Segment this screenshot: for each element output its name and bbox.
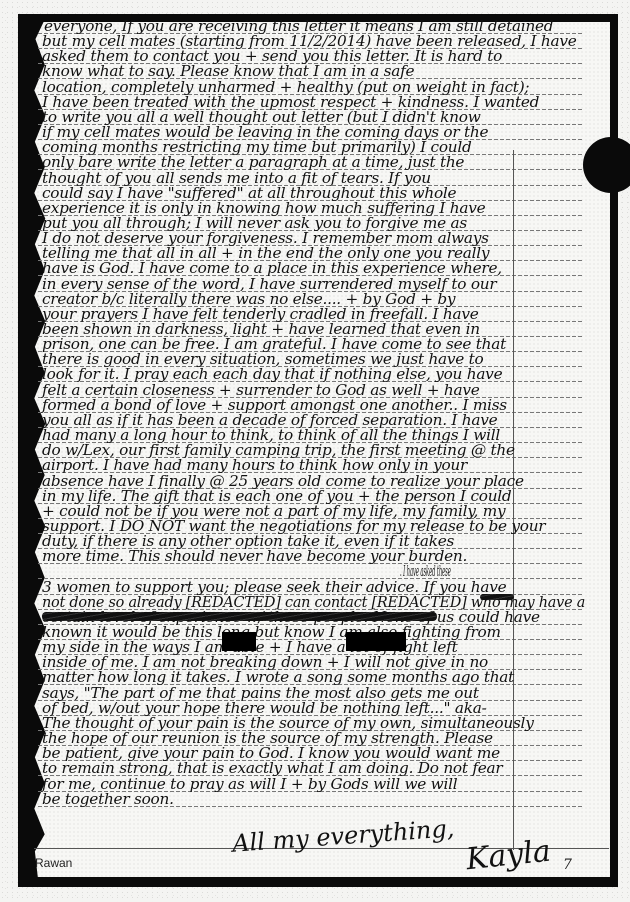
- handwritten-line: be together soon.: [42, 789, 585, 809]
- scribbled-out-text: [42, 612, 437, 621]
- redaction-box: [222, 632, 256, 651]
- scribbled-out-word: [480, 594, 514, 600]
- redaction-box: [346, 632, 406, 651]
- footer-label: Rawan: [35, 856, 72, 870]
- punch-hole: [583, 137, 630, 193]
- page-mark: 7: [563, 857, 572, 873]
